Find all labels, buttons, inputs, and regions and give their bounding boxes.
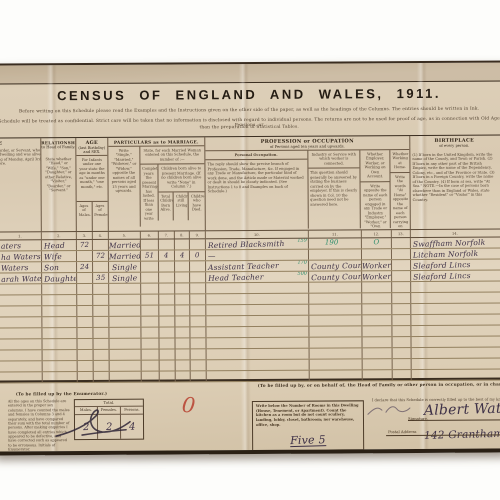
handwritten-name: ha Waters <box>1 251 41 261</box>
cell-at_home <box>393 359 412 369</box>
cell-industry <box>309 315 362 325</box>
cell-relationship <box>42 339 77 349</box>
handwritten-living: 4 <box>180 250 185 260</box>
cell-at_home <box>392 238 411 248</box>
handwritten-name: aters <box>1 240 22 250</box>
cell-relationship: Wife <box>42 251 77 261</box>
cell-birthplace <box>411 292 499 303</box>
cell-name: aters <box>0 240 42 250</box>
cell-died <box>190 261 206 271</box>
cell-relationship <box>42 295 77 305</box>
handwritten-birthplace: Swaffham Norfolk <box>413 237 486 248</box>
cell-marital <box>109 339 141 349</box>
cell-marital <box>110 372 142 382</box>
cell-name <box>0 317 42 327</box>
cell-industry <box>309 304 362 314</box>
cell-at_home <box>392 293 411 303</box>
cell-born <box>159 294 175 304</box>
cell-died: 0 <box>190 250 206 260</box>
green-occupation-code: 159 <box>297 239 307 244</box>
cell-name <box>0 339 43 349</box>
cell-at_home <box>392 315 411 325</box>
col-header-profession: PROFESSION or OCCUPATION of Persons aged… <box>205 136 411 230</box>
cell-years <box>141 306 159 316</box>
cell-at_home <box>392 260 411 270</box>
cell-age_m <box>77 317 93 327</box>
years-married-note: Completed years the present Marriage has… <box>140 165 158 221</box>
cell-birthplace <box>411 336 499 347</box>
cell-name <box>0 328 42 338</box>
cell-birthplace <box>411 281 499 292</box>
cell-employer: Worker <box>362 260 392 270</box>
cell-born <box>159 305 175 315</box>
handwritten-age_f: 72 <box>96 251 106 261</box>
cell-relationship <box>42 317 77 327</box>
cell-died <box>191 360 207 370</box>
cell-occupation: Retired Blacksmith159 <box>206 239 309 250</box>
column-number: 3. <box>77 232 93 239</box>
cell-name <box>0 372 43 382</box>
cell-occupation <box>206 338 309 349</box>
handwritten-occupation: Assistant Teacher <box>208 261 279 272</box>
cell-living <box>175 294 190 304</box>
cell-years <box>141 273 159 283</box>
cell-marital: Single <box>109 262 141 272</box>
cell-born <box>160 360 176 370</box>
cell-relationship: Daughter <box>42 273 77 283</box>
cell-living <box>175 283 190 293</box>
cell-age_m <box>77 306 93 316</box>
cell-years <box>141 317 159 327</box>
cell-industry <box>309 293 362 303</box>
cell-years <box>141 328 159 338</box>
cell-relationship <box>42 306 77 316</box>
cell-employer: Worker <box>362 271 392 281</box>
cell-occupation <box>207 371 310 382</box>
cell-age_f <box>93 339 109 349</box>
cell-name: Waters <box>0 262 42 272</box>
cell-born <box>159 316 175 326</box>
cell-name <box>0 350 43 360</box>
cell-age_m <box>78 361 94 371</box>
handwritten-marital: Single <box>112 273 138 283</box>
cell-marital: Single <box>109 273 141 283</box>
cell-birthplace <box>411 325 499 336</box>
cell-died <box>191 349 207 359</box>
column-number: 8. <box>175 231 190 238</box>
handwritten-industry: County Council <box>311 271 362 281</box>
cell-born <box>159 272 175 282</box>
cell-age_f <box>94 361 110 371</box>
cell-employer <box>362 293 392 303</box>
cell-at_home <box>393 348 412 358</box>
industry-label: Industry or Service with which worker is… <box>308 150 360 169</box>
cell-industry <box>310 348 363 358</box>
cell-relationship <box>43 372 78 382</box>
children-note: Children born alive to present Marriage.… <box>158 165 205 193</box>
column-number: 10. <box>206 231 309 239</box>
cell-born <box>159 239 175 249</box>
cell-occupation <box>206 316 309 327</box>
cell-age_m <box>77 339 93 349</box>
rooms-value: Five 5 <box>290 435 326 448</box>
cell-born <box>160 371 176 381</box>
handwritten-born: 4 <box>164 250 169 260</box>
cell-died <box>190 327 206 337</box>
document-title: CENSUS OF ENGLAND AND WALES, 1911. <box>0 85 500 103</box>
cell-occupation: Assistant Teacher170 <box>206 261 309 272</box>
pencil-scrawl <box>366 402 412 418</box>
cell-age_f <box>94 350 110 360</box>
cell-at_home <box>392 282 411 292</box>
cell-name <box>0 361 43 371</box>
cell-employer <box>362 315 392 325</box>
cell-living <box>175 272 190 282</box>
cell-marital <box>109 284 141 294</box>
cell-age_f <box>93 328 109 338</box>
handwritten-name: arah Waters <box>1 273 42 283</box>
cell-employer <box>363 370 393 380</box>
table-body: atersHead72MarriedRetired Blacksmith1591… <box>0 237 500 383</box>
column-number: 5. <box>109 232 141 239</box>
cell-living <box>176 349 191 359</box>
cell-age_f <box>93 295 109 305</box>
census-schedule-scan: CENSUS OF ENGLAND AND WALES, 1911. Befor… <box>0 60 500 455</box>
handwritten-birthplace: Sleaford Lincs <box>413 270 471 281</box>
col-header-marriage: PARTICULARS as to MARRIAGE. Write "Singl… <box>108 137 206 231</box>
cell-age_f: 35 <box>93 273 109 283</box>
column-number: 7. <box>159 231 175 238</box>
cell-age_f <box>93 240 109 250</box>
cell-years <box>141 284 159 294</box>
handwritten-birthplace: Sleaford Lincs <box>413 259 471 270</box>
cell-age_f <box>94 372 110 382</box>
cell-years <box>141 262 159 272</box>
cell-relationship: Head <box>42 240 77 250</box>
marriage-status-note: Write "Single," "Married," "Widower," or… <box>108 147 140 227</box>
cell-industry <box>310 359 363 369</box>
handwritten-age_m: 72 <box>80 240 90 250</box>
cell-occupation: — <box>206 250 309 261</box>
cell-name <box>0 284 42 294</box>
cell-at_home <box>392 326 411 336</box>
cell-age_f: 72 <box>93 251 109 261</box>
cell-employer: O <box>362 238 392 248</box>
cell-occupation <box>206 327 309 338</box>
cell-birthplace: Sleaford Lincs <box>411 270 499 281</box>
cell-living <box>176 360 191 370</box>
cell-age_m <box>78 350 94 360</box>
col-header-relationship: RELATIONSHIP to Head of Family. State wh… <box>41 138 77 231</box>
green-occupation-code: 170 <box>297 261 307 266</box>
head-of-family-heading: (To be filled up by, or on behalf of, th… <box>258 381 500 388</box>
cell-years <box>141 339 159 349</box>
cell-industry <box>309 326 362 336</box>
cell-died <box>190 338 206 348</box>
rooms-box: Write below the Number of Rooms in this … <box>252 400 364 451</box>
handwritten-marital: Single <box>112 262 138 272</box>
cell-died <box>190 283 206 293</box>
cell-relationship: Son <box>42 262 77 272</box>
cell-age_m: 72 <box>77 240 93 250</box>
handwritten-marital: Married <box>109 251 141 261</box>
married-women-note: State, for each Married Woman entered on… <box>140 146 204 165</box>
cell-birthplace: Sleaford Lincs <box>411 259 499 270</box>
cell-employer <box>362 304 392 314</box>
cell-born <box>160 349 176 359</box>
handwritten-died: 0 <box>195 250 200 260</box>
cell-age_m <box>77 295 93 305</box>
age-males-label: Ages of Males. <box>77 202 93 231</box>
col-header-age: AGE (last Birthday) and SEX. For Infants… <box>76 138 109 231</box>
cell-marital <box>110 361 142 371</box>
cell-name <box>0 295 42 305</box>
cell-age_f <box>93 306 109 316</box>
children-total-label: Total Children Born Alive. <box>158 192 174 220</box>
cell-died <box>191 371 207 381</box>
cell-employer <box>362 282 392 292</box>
cell-age_f <box>93 262 109 272</box>
cell-relationship <box>42 284 77 294</box>
children-living-label: Children still Living. <box>174 192 189 220</box>
cell-died <box>190 316 206 326</box>
handwritten-relationship: Daughter <box>44 273 77 283</box>
column-number: 12. <box>362 230 392 237</box>
cell-at_home <box>392 249 411 259</box>
handwritten-age_m: 24 <box>80 262 90 272</box>
working-at-home-label: Whether Working at Home. <box>390 150 409 173</box>
cell-living: 4 <box>175 250 190 260</box>
cell-employer <box>362 326 392 336</box>
cell-born <box>159 261 175 271</box>
cell-marital <box>110 350 142 360</box>
cell-marital <box>109 328 141 338</box>
cell-marital <box>109 295 141 305</box>
cell-employer <box>363 359 393 369</box>
cell-years <box>142 350 160 360</box>
cell-died <box>190 294 206 304</box>
cell-at_home <box>392 304 411 314</box>
cell-relationship <box>43 361 78 371</box>
handwritten-occupation: — <box>208 250 216 260</box>
green-occupation-code: 500 <box>298 272 308 277</box>
cell-industry <box>309 249 362 259</box>
cell-occupation <box>207 349 310 360</box>
cell-industry: County Council <box>309 271 362 281</box>
cell-age_m: 24 <box>77 262 93 272</box>
cell-age_m <box>77 284 93 294</box>
age-females-label: Ages of Females. <box>92 202 108 231</box>
cell-years: 51 <box>141 251 159 261</box>
handwritten-years: 51 <box>145 251 155 261</box>
green-industry-code: 190 <box>311 238 338 246</box>
col-header-name: NAME AND SURNAME of every Person, whethe… <box>0 138 42 231</box>
column-number: 13. <box>392 230 411 237</box>
head-signature: Albert Wate <box>424 401 500 419</box>
column-number: 14. <box>411 229 499 237</box>
red-ink-mark: 0 <box>181 393 197 418</box>
postal-address-label: Postal Address <box>388 429 416 434</box>
cell-occupation <box>206 305 309 316</box>
column-number: 2. <box>42 232 77 239</box>
cell-born <box>159 283 175 293</box>
cell-name: ha Waters <box>0 251 42 261</box>
cell-birthplace <box>412 369 500 380</box>
cell-age_m <box>78 372 94 382</box>
cell-occupation: Head Teacher500 <box>206 272 309 283</box>
handwritten-occupation: Head Teacher <box>208 272 264 283</box>
cell-died <box>190 272 206 282</box>
cell-birthplace <box>411 314 499 325</box>
cell-living <box>175 316 190 326</box>
cell-age_m <box>77 328 93 338</box>
handwritten-industry: County Council <box>311 260 362 270</box>
cell-name: arah Waters <box>0 273 42 283</box>
cell-years <box>142 372 160 382</box>
cell-occupation <box>207 360 310 371</box>
cell-industry <box>310 370 363 380</box>
cell-died <box>190 305 206 315</box>
census-table: NAME AND SURNAME of every Person, whethe… <box>0 134 500 382</box>
cell-living <box>175 239 190 249</box>
cell-employer <box>362 249 392 259</box>
cell-birthplace <box>411 303 499 314</box>
column-number: 1. <box>0 232 42 239</box>
cell-at_home <box>392 271 411 281</box>
cell-name <box>0 306 42 316</box>
cell-employer <box>362 337 392 347</box>
cell-years <box>141 295 159 305</box>
column-number: 4. <box>93 232 109 239</box>
signature-label: Signature. <box>408 416 428 421</box>
cell-living <box>175 305 190 315</box>
cell-born <box>159 338 175 348</box>
cell-at_home <box>392 337 411 347</box>
cell-died <box>190 239 206 249</box>
cell-born <box>159 327 175 337</box>
cell-marital <box>109 317 141 327</box>
cell-living <box>175 338 190 348</box>
cell-relationship <box>42 328 77 338</box>
col-header-birthplace: BIRTHPLACE of every person. (1) If born … <box>410 135 499 229</box>
handwritten-relationship: Head <box>44 240 65 250</box>
cell-birthplace: Swaffham Norfolk <box>411 237 499 248</box>
table-header: NAME AND SURNAME of every Person, whethe… <box>0 135 500 232</box>
column-number: 11. <box>309 230 362 237</box>
rooms-instruction: Write below the Number of Rooms in this … <box>256 403 360 427</box>
cell-marital <box>109 306 141 316</box>
cell-years <box>142 361 160 371</box>
bottom-section: (To be filled up by, or on behalf of, th… <box>0 379 500 455</box>
cell-marital: Married <box>109 240 141 250</box>
cell-age_f <box>93 317 109 327</box>
enumerator-signature-scrawl <box>52 406 132 440</box>
cell-living <box>176 371 191 381</box>
cell-birthplace: Litcham Norfolk <box>411 248 499 259</box>
cell-industry: County Council <box>309 260 362 270</box>
cell-living <box>175 327 190 337</box>
cell-age_m <box>77 273 93 283</box>
column-number: 6. <box>141 232 159 239</box>
cell-occupation <box>206 283 309 294</box>
cell-marital: Married <box>109 251 141 261</box>
cell-years <box>141 240 159 250</box>
paper-top-band <box>0 62 500 84</box>
cell-living <box>175 261 190 271</box>
handwritten-marital: Married <box>109 240 141 250</box>
cell-age_f <box>93 284 109 294</box>
cell-industry: 190 <box>309 238 362 248</box>
cell-industry <box>309 337 362 347</box>
cell-age_m <box>77 251 93 261</box>
employer-worker-label: Whether Employer, Worker, or Working on … <box>361 150 390 182</box>
preamble-line-1: Before writing on this Schedule please r… <box>0 106 500 114</box>
handwritten-employer: Worker <box>362 260 391 270</box>
handwritten-relationship: Wife <box>44 251 62 261</box>
handwritten-birthplace: Litcham Norfolk <box>413 248 479 259</box>
column-number: 9. <box>190 231 206 238</box>
handwritten-age_f: 35 <box>96 273 106 283</box>
cell-born: 4 <box>159 250 175 260</box>
cell-at_home <box>393 370 412 380</box>
enumerator-heading: (To be filled up by the Enumerator.) <box>16 391 107 397</box>
children-died-label: Children who have Died. <box>189 192 205 220</box>
handwritten-occupation: Retired Blacksmith <box>208 239 285 250</box>
handwritten-employer: Worker <box>362 271 391 281</box>
cell-employer <box>363 348 393 358</box>
cell-birthplace <box>412 358 500 369</box>
cell-occupation <box>206 294 309 305</box>
handwritten-name: Waters <box>1 262 29 272</box>
green-employer-code: O <box>374 238 380 246</box>
cell-relationship <box>43 350 78 360</box>
cell-birthplace <box>412 347 500 358</box>
handwritten-relationship: Son <box>44 262 59 272</box>
cell-industry <box>309 282 362 292</box>
